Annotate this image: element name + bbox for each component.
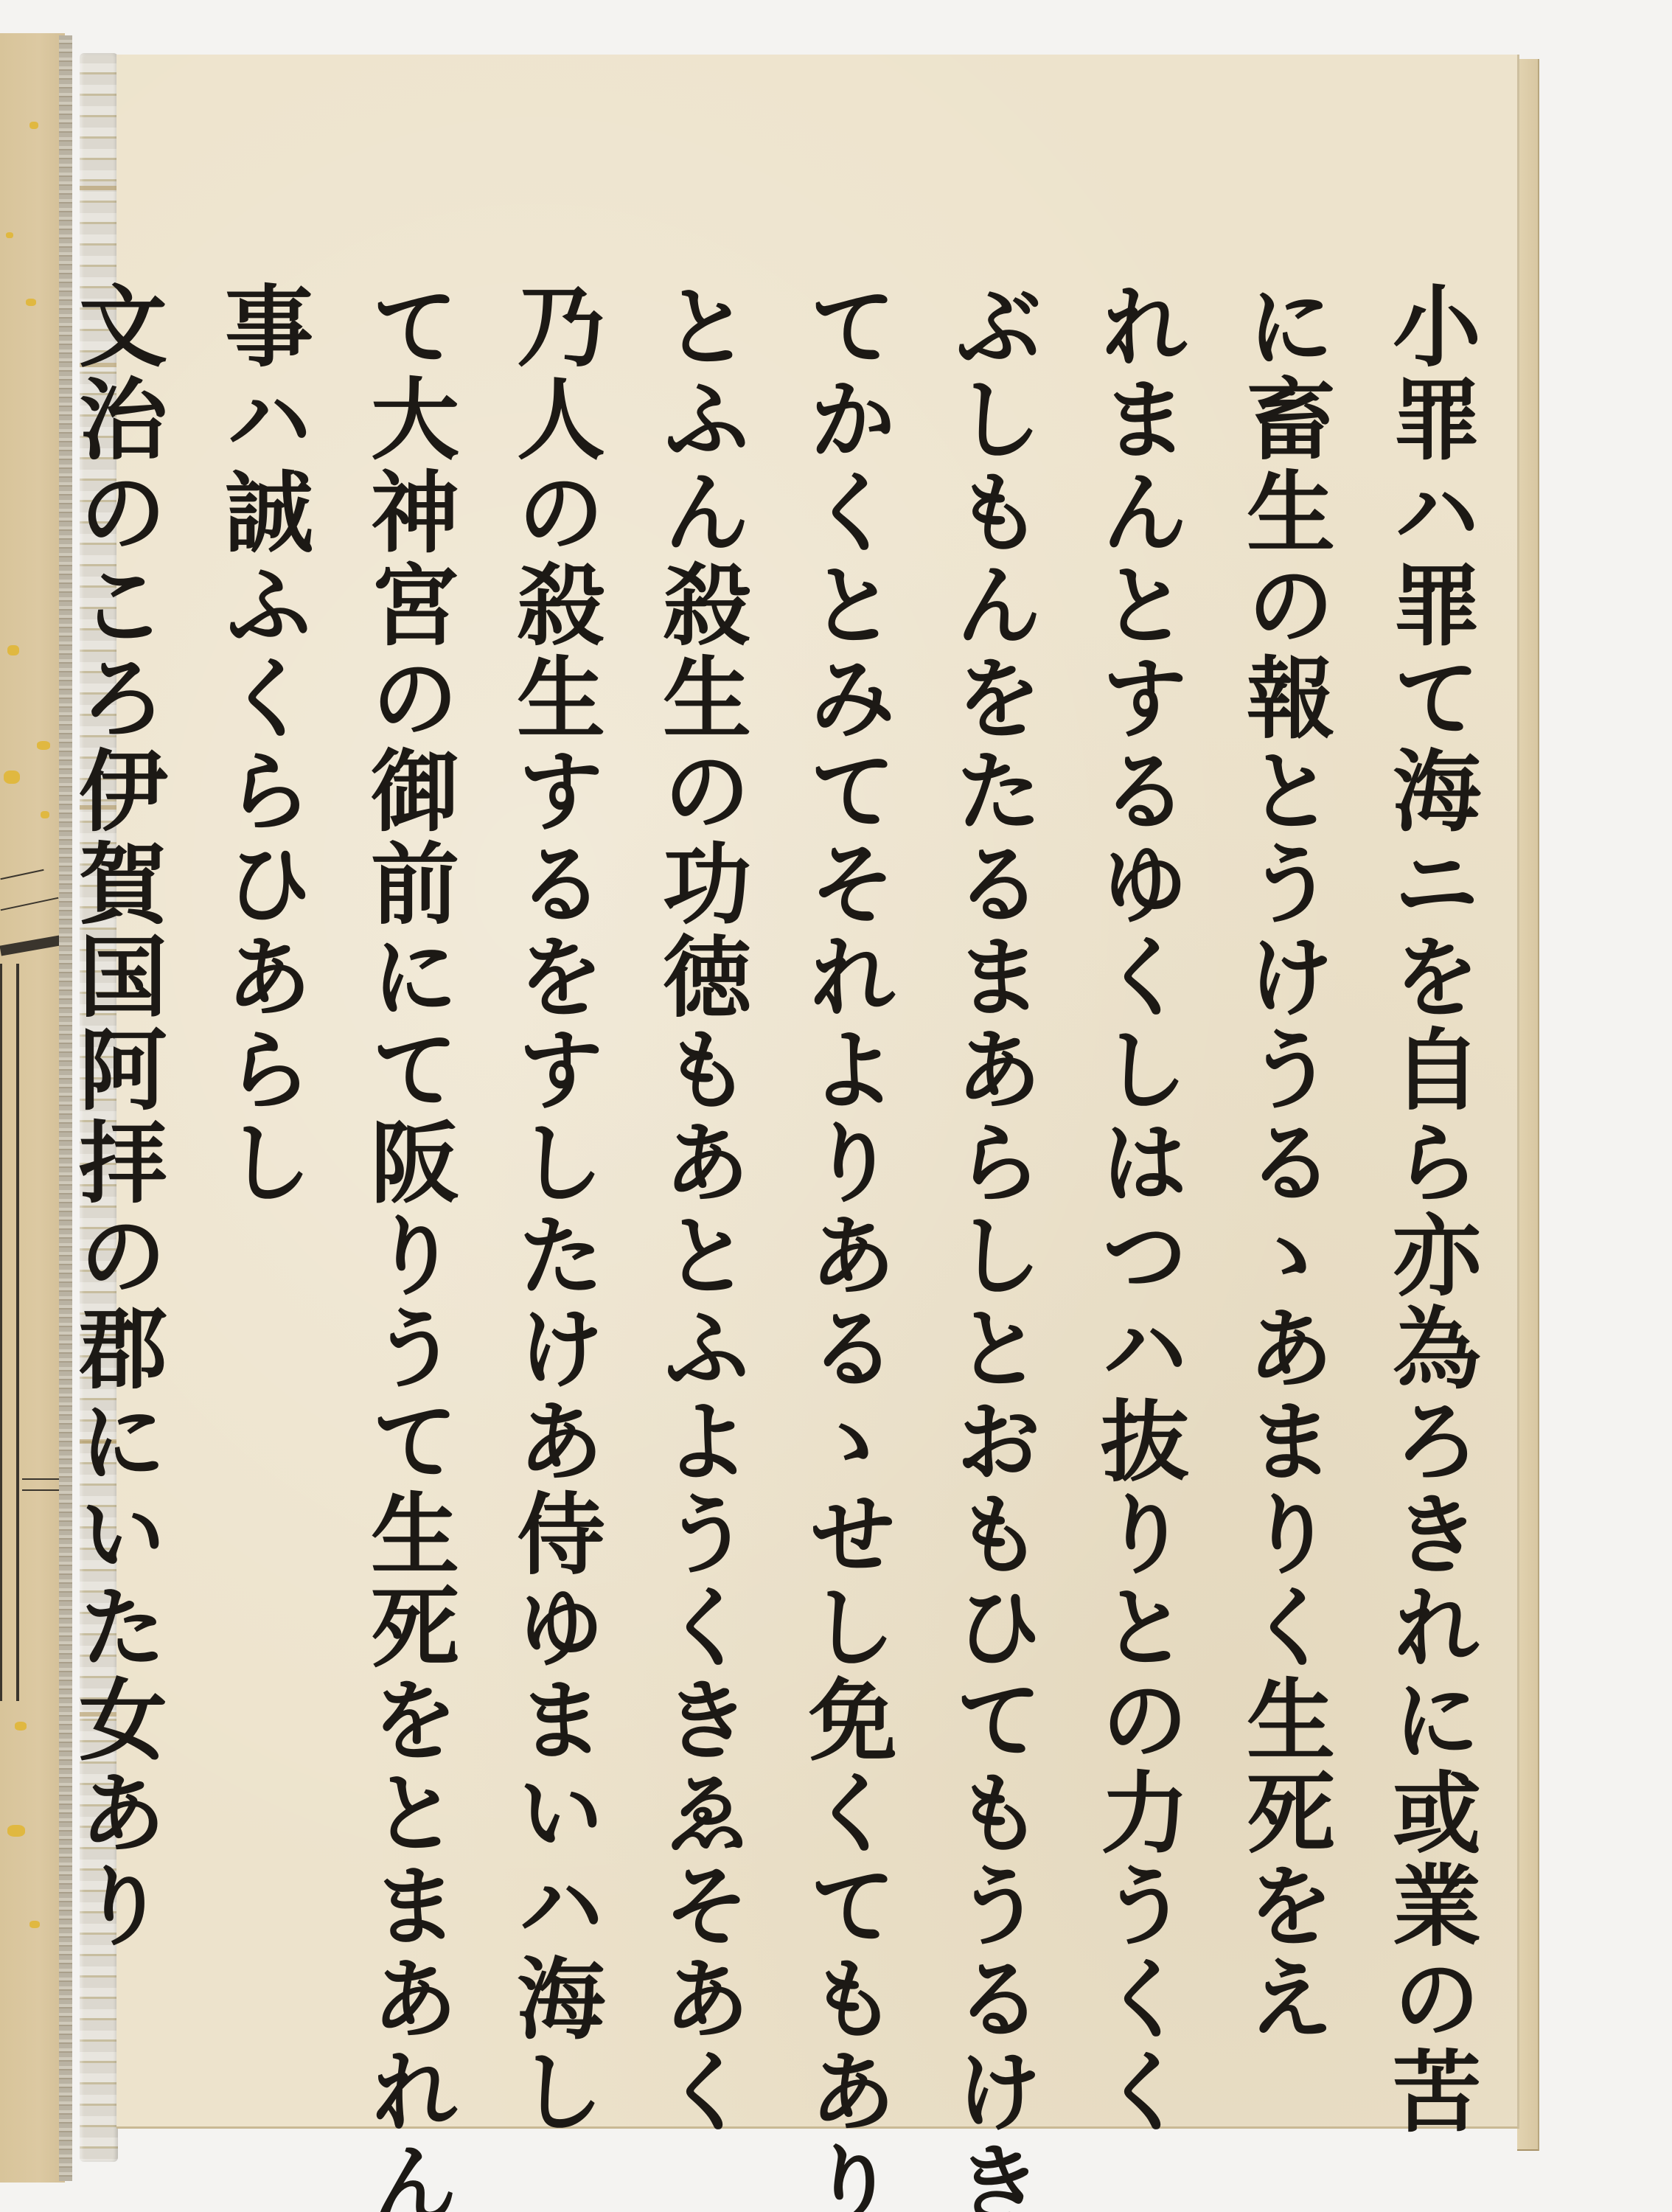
text-column-2: に畜生の報とうけうるゝあまりく生死をえ	[1211, 280, 1356, 2087]
illustration-pillar	[0, 964, 2, 1701]
text-column-4: ぶしもんをたるまあらしとおもひてもうるけき	[919, 280, 1065, 2087]
illustration-pillar	[16, 964, 19, 1701]
gold-flake	[26, 299, 36, 306]
illustration-line	[0, 869, 43, 880]
text-column-6: とふん殺生の功徳もあとふようくきゑそあく	[627, 280, 773, 2087]
gold-flake	[7, 1825, 25, 1837]
gold-flake	[29, 1921, 40, 1928]
text-column-3: れまんとするゆくしはつハ抜りとの力うくく	[1065, 280, 1211, 2087]
gold-flake	[29, 122, 38, 129]
text-column-1: 小罪ハ罪て海ニを自ら亦為ろきれに或業の苦	[1356, 280, 1502, 2087]
calligraphy-text-block: 小罪ハ罪て海ニを自ら亦為ろきれに或業の苦 に畜生の報とうけうるゝあまりく生死をえ…	[43, 280, 1502, 2087]
page-edge-stack	[1517, 59, 1539, 2151]
text-column-10: 文治のころ伊賀国阿拝の郡にいた女あり	[43, 280, 189, 2087]
text-column-8: て大神宮の御前にて阪りうて生死をとまあれん	[335, 280, 481, 2087]
text-column-9: 事ハ誠ふくらひあらし	[189, 280, 335, 2087]
binding-thread	[80, 186, 118, 190]
text-column-7: 乃人の殺生するをすしたけあ侍ゆまいハ海し	[481, 280, 627, 2087]
text-column-5: てかくとみてそれよりあるゝせし免くてもあり	[773, 280, 919, 2087]
gold-flake	[7, 645, 19, 655]
gold-flake	[4, 771, 20, 784]
gold-flake	[6, 232, 13, 238]
gold-flake	[15, 1722, 27, 1731]
